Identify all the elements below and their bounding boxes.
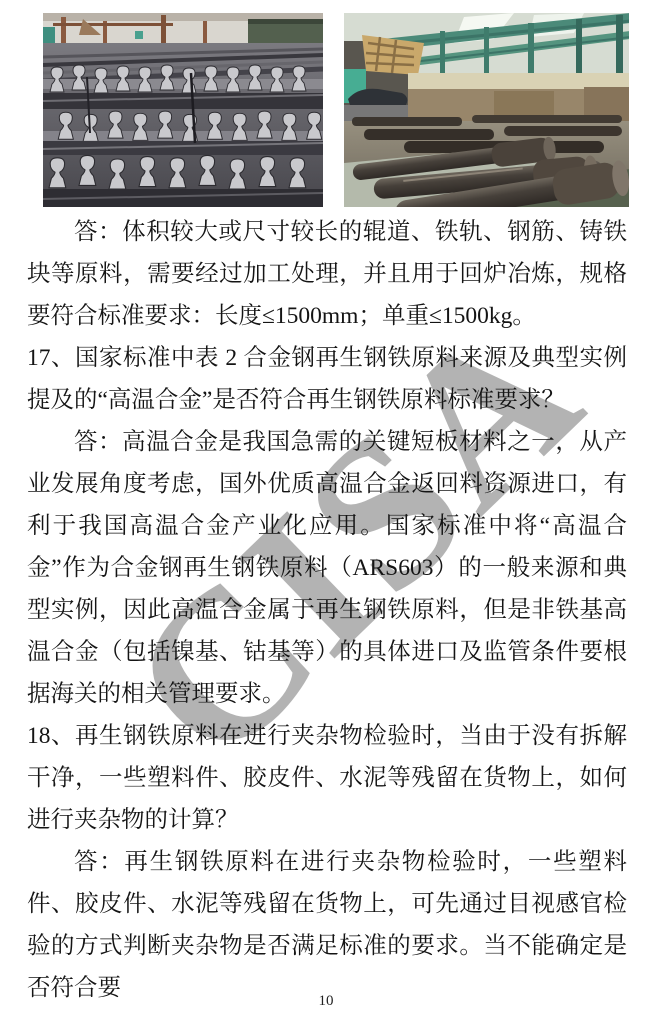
paragraph-answer-17: 答：高温合金是我国急需的关键短板材料之一，从产业发展角度考虑，国外优质高温合金返… [27, 421, 627, 715]
rails-illustration [43, 13, 323, 207]
paragraph-answer-18: 答：再生钢铁原料在进行夹杂物检验时，一些塑料件、胶皮件、水泥等残留在货物上，可先… [27, 841, 627, 1009]
paragraph-answer-16: 答：体积较大或尺寸较长的辊道、铁轨、钢筋、铸铁块等原料，需要经过加工处理，并且用… [27, 211, 627, 337]
page-number: 10 [0, 993, 652, 1010]
document-body: 答：体积较大或尺寸较长的辊道、铁轨、钢筋、铸铁块等原料，需要经过加工处理，并且用… [27, 211, 627, 1009]
paragraph-question-18: 18、再生钢铁原料在进行夹杂物检验时，当由于没有拆解干净，一些塑料件、胶皮件、水… [27, 715, 627, 841]
document-page: CISA 答：体积较大或尺寸较长的辊道、铁轨、钢筋、铸铁块等原料，需要经过加工处… [0, 0, 652, 1028]
warehouse-illustration [344, 13, 630, 207]
paragraph-question-17: 17、国家标准中表 2 合金钢再生钢铁原料来源及典型实例提及的“高温合金”是否符… [27, 337, 627, 421]
photos-row [43, 13, 629, 207]
scrap-steel-rails-photo [43, 13, 323, 207]
warehouse-steel-shafts-photo [344, 13, 630, 207]
